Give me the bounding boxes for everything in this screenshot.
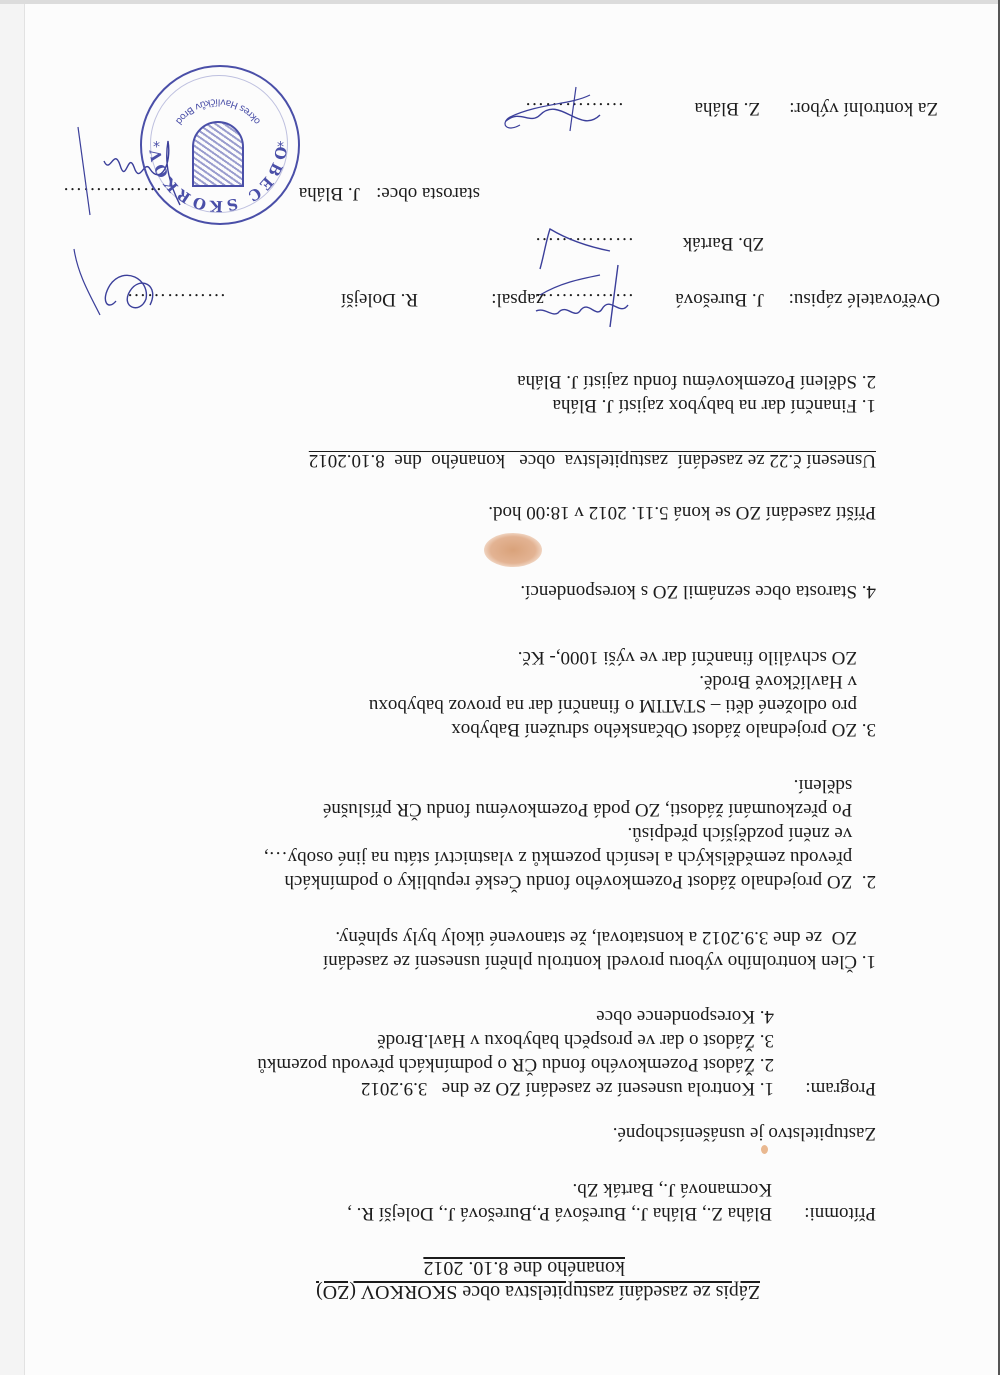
recorder-name: R. Dolejší (341, 287, 418, 311)
point-1-line-2: ZO ze dne 3.9.2012 a konstatoval, že sta… (335, 925, 876, 949)
meeting-minutes-document: Zápis ze zasedání zastupitelstva obce SK… (0, 0, 1000, 1375)
committee-member-name: Z. Bláha (695, 96, 760, 120)
mayor-label: starosta obce: (376, 181, 480, 205)
point-2-line-2: převodu zemědělských a lesních pozemků z… (264, 845, 876, 869)
next-meeting-note: Příští zasedání ZO se koná 5.11. 2012 v … (488, 500, 876, 524)
stamp-coat-of-arms-icon (192, 121, 244, 187)
point-1-line-1: 1. Člen kontrolního výboru provedl kontr… (323, 949, 876, 973)
committee-label: Za kontrolní výbor: (789, 96, 938, 120)
document-title: Zápis ze zasedání zastupitelstva obce SK… (316, 1280, 760, 1304)
point-3-line-4: ZO schválilo finanční dar ve výši 1000,-… (518, 645, 876, 669)
signature-blaha-committee (490, 75, 610, 145)
coffee-stain (484, 533, 542, 567)
present-line-2: Kocmanová J., Barták Zb. (573, 1177, 772, 1201)
point-2-line-5: sdělení. (794, 773, 876, 797)
point-2-line-1: 2. ZO projednalo žádost Pozemkového fond… (284, 869, 876, 893)
svg-text:*: * (277, 133, 284, 149)
verifier-1-name: J. Burešová (675, 287, 764, 311)
point-3-line-2: pro odložené děti – STATIM o finanční da… (369, 693, 876, 717)
svg-text:*: * (153, 133, 160, 149)
mayor-name: J. Bláha (299, 181, 360, 205)
point-2-line-4: Po přezkoumání žádosti, ZO podá Pozemkov… (323, 797, 876, 821)
program-item-1: 1. Kontrola usnesení ze zasedání ZO ze d… (361, 1076, 774, 1100)
municipal-stamp: OBEC SKORKOV okres Havlíčkův Brod * * (140, 65, 300, 225)
scanned-page: Zápis ze zasedání zastupitelstva obce SK… (0, 0, 1000, 1375)
present-line-1: Bláha Z., Bláha J., Burešová P.,Burešová… (347, 1201, 772, 1225)
resolution-heading: Usnesení č.22 ze zasedání zastupitelstva… (309, 448, 876, 472)
verifiers-label: Ověřovatelé zápisu: (789, 287, 940, 311)
quorum-statement: Zastupitelstvo je usnášeníschopné. (613, 1121, 876, 1145)
program-label: Program: (805, 1076, 876, 1100)
point-3-line-1: 3. ZO projednalo žádost Občanského sdruž… (451, 717, 876, 741)
stain-speck (761, 1145, 768, 1154)
verifier-2-name: Zb. Barták (683, 231, 764, 255)
point-3-line-3: v Havlíčkově Brodě. (699, 669, 876, 693)
resolution-item-2: 2. Sdělení Pozemkovému fondu zajistí J. … (517, 369, 876, 393)
present-label: Přítomni: (804, 1201, 876, 1225)
point-2-line-3: ve znění pozdějších předpisů. (627, 821, 876, 845)
signature-dolejsi (60, 225, 170, 335)
signature-bartak (530, 215, 630, 275)
resolution-item-1: 1. Finanční dar na babybox zajistí J. Bl… (553, 393, 876, 417)
program-item-2: 2. Žádost Pozemkového fondu ČR o podmínk… (257, 1052, 774, 1076)
program-item-4: 4. Korespondence obce (596, 1004, 774, 1028)
program-item-3: 3. Žádost o dar ve prospěch babyboxu v H… (377, 1028, 774, 1052)
point-4-line-1: 4. Starosta obce seznámil ZO s korespond… (520, 579, 876, 603)
document-subtitle: konaného dne 8.10. 2012 (423, 1256, 625, 1280)
